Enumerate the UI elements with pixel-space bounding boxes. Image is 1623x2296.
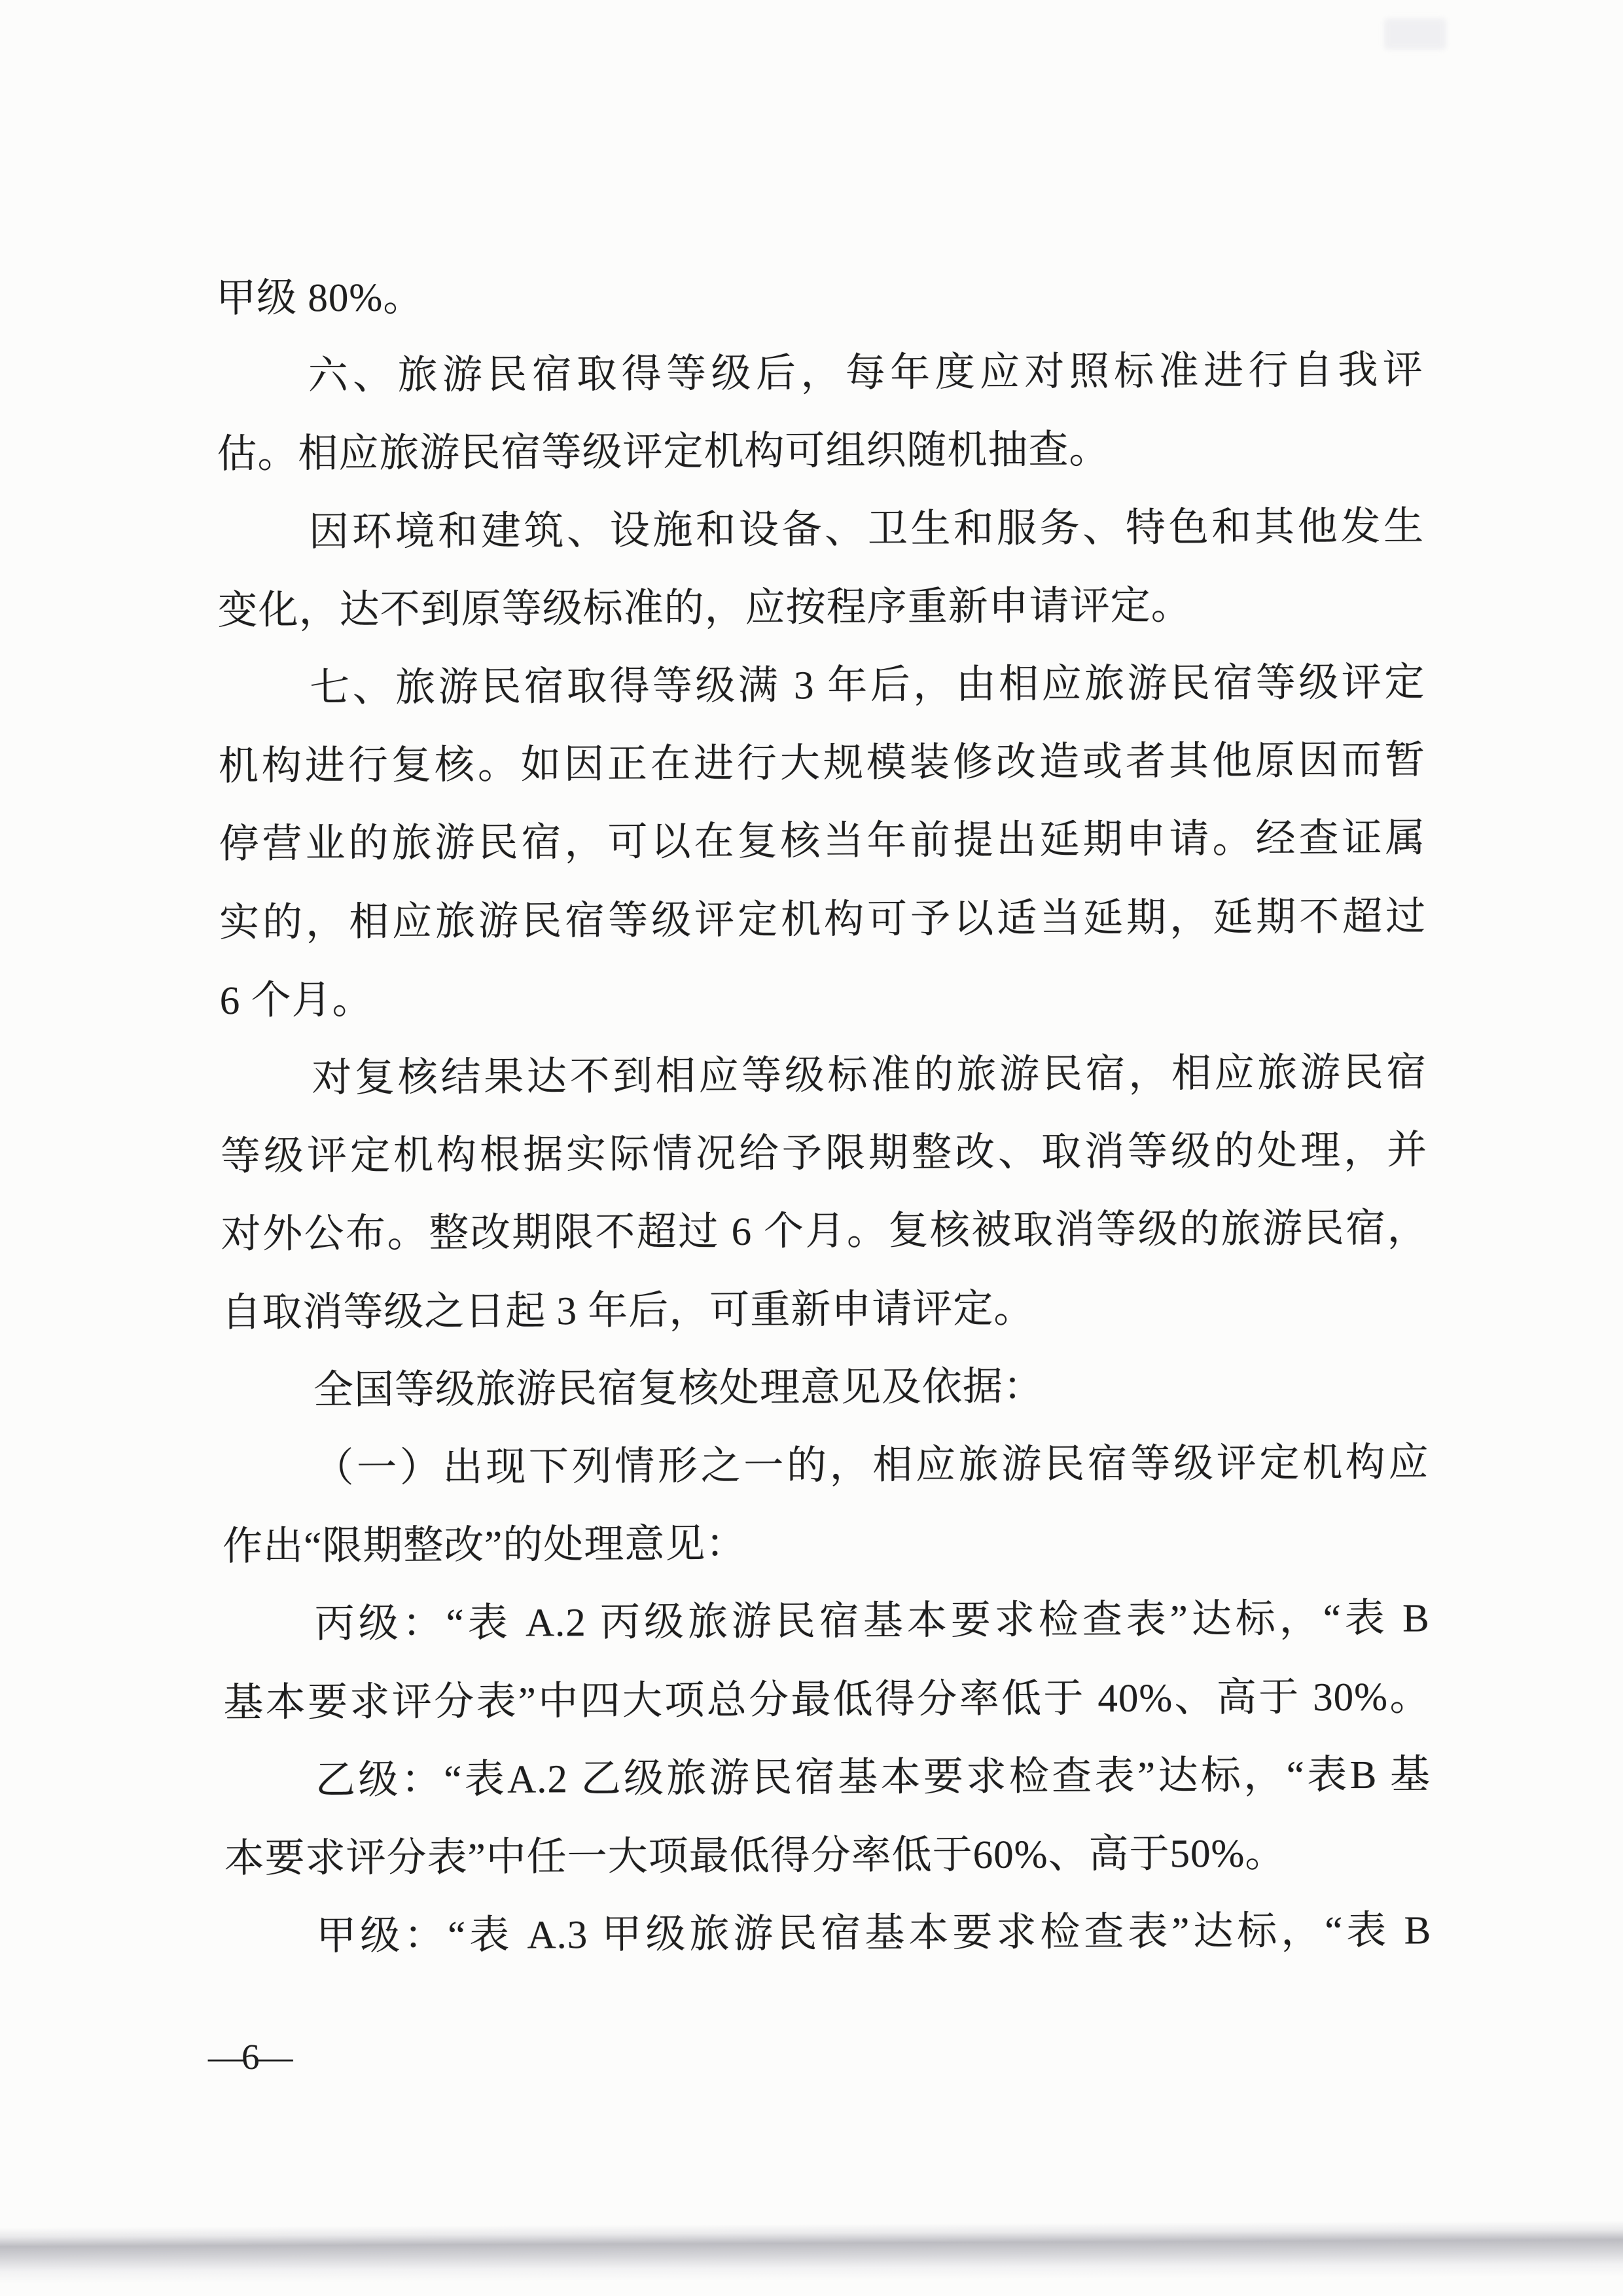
text-line: 估。相应旅游民宿等级评定机构可组织随机抽查。	[217, 422, 1423, 481]
text-line: 对外公布。整改期限不超过 6 个月。复核被取消等级的旅游民宿，	[221, 1202, 1427, 1261]
scan-smudge-artifact	[1384, 18, 1446, 50]
text-line: 停营业的旅游民宿，可以在复核当年前提出延期申请。经查证属	[219, 812, 1425, 871]
text-line: 变化，达不到原等级标准的，应按程序重新申请评定。	[217, 579, 1424, 637]
text-line: 6 个月。	[220, 969, 1427, 1028]
text-line: 作出“限期整改”的处理意见：	[223, 1515, 1429, 1573]
text-line: 因环境和建筑、设施和设备、卫生和服务、特色和其他发生	[217, 501, 1424, 560]
text-line: 本要求评分表”中任一大项最低得分率低于60%、高于50%。	[224, 1827, 1431, 1886]
text-line: 实的，相应旅游民宿等级评定机构可予以适当延期，延期不超过	[219, 891, 1426, 950]
text-line: （一）出现下列情形之一的，相应旅游民宿等级评定机构应	[222, 1437, 1429, 1496]
text-line: 全国等级旅游民宿复核处理意见及依据：	[222, 1359, 1429, 1418]
text-line: 基本要求评分表”中四大项总分最低得分率低于 40%、高于 30%。	[223, 1671, 1430, 1730]
text-line: 等级评定机构根据实际情况给予限期整改、取消等级的处理，并	[221, 1124, 1427, 1183]
text-line: 对复核结果达不到相应等级标准的旅游民宿，相应旅游民宿	[220, 1047, 1427, 1105]
document-text-block: 甲级 80%。六、旅游民宿取得等级后，每年度应对照标准进行自我评估。相应旅游民宿…	[0, 0, 1623, 2296]
text-line: 甲级 80%。	[216, 266, 1423, 325]
scan-artifact-band	[0, 2221, 1623, 2284]
text-line: 七、旅游民宿取得等级满 3 年后，由相应旅游民宿等级评定	[218, 656, 1425, 715]
text-line: 六、旅游民宿取得等级后，每年度应对照标准进行自我评	[217, 344, 1423, 403]
text-line: 自取消等级之日起 3 年后，可重新申请评定。	[221, 1281, 1428, 1340]
text-line: 乙级：“表A.2 乙级旅游民宿基本要求检查表”达标，“表B 基	[224, 1749, 1431, 1808]
document-page: 甲级 80%。六、旅游民宿取得等级后，每年度应对照标准进行自我评估。相应旅游民宿…	[0, 0, 1623, 2296]
text-line: 甲级：“表 A.3 甲级旅游民宿基本要求检查表”达标，“表 B	[224, 1905, 1431, 1964]
page-number: —6—	[208, 2034, 291, 2080]
text-line: 机构进行复核。如因正在进行大规模装修改造或者其他原因而暂	[219, 734, 1425, 793]
text-line: 丙级：“表 A.2 丙级旅游民宿基本要求检查表”达标，“表 B	[223, 1592, 1430, 1651]
